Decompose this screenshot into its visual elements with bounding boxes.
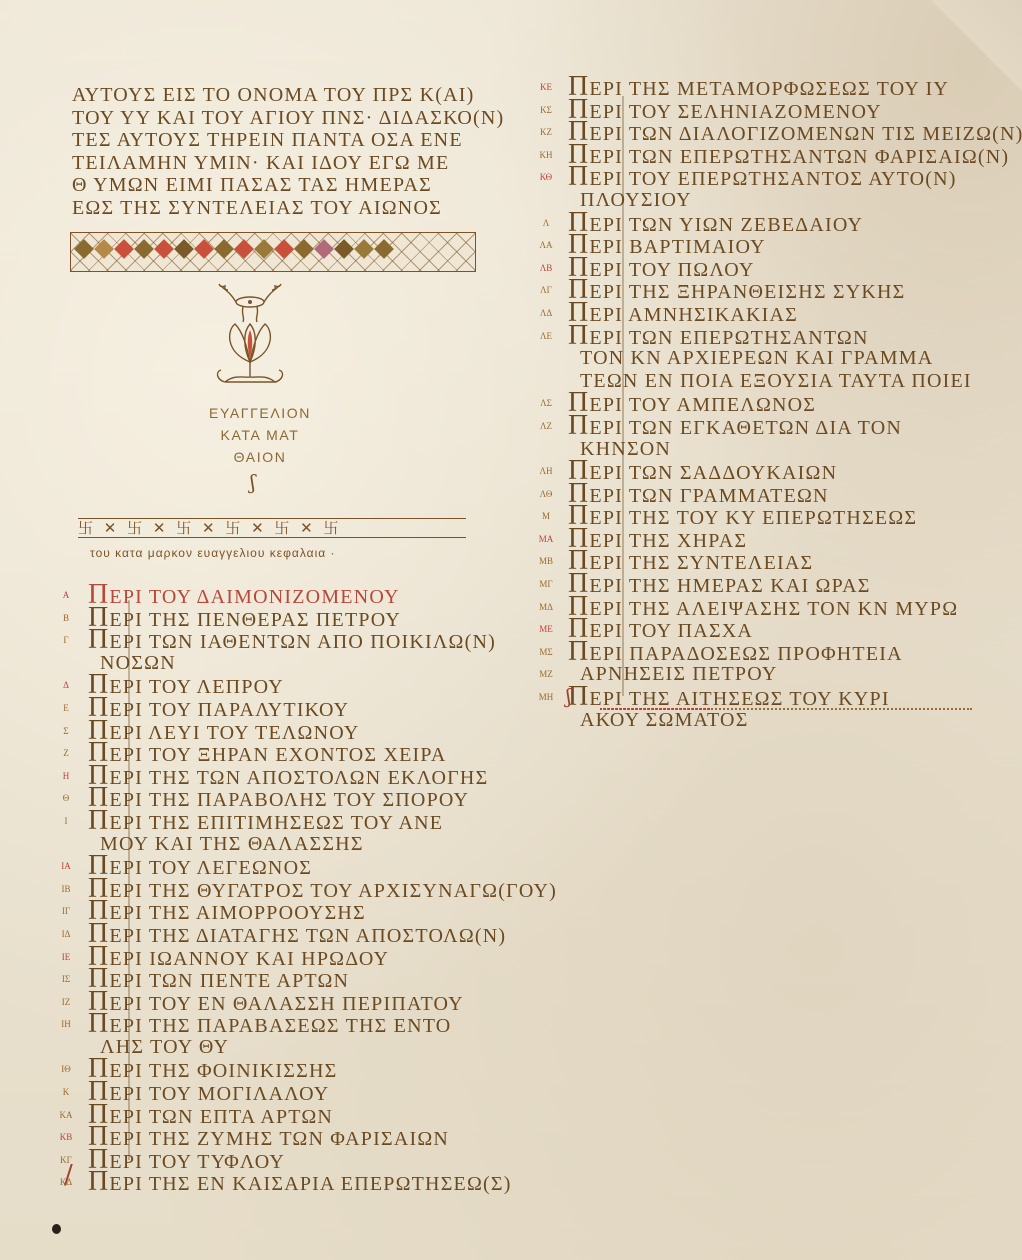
left-chapter-list: αΠερι του δαιμονιζομενουβΠερι τησ πενθερ… xyxy=(52,584,502,1194)
chapter-entry: ιαΠερι του λεγεωνοσ xyxy=(52,855,502,878)
chapter-number: ιθ xyxy=(52,1058,80,1081)
prelude-line-text: αυτουσ εισ το ονομα του πρσ κ(αι) xyxy=(72,84,474,107)
chapter-entry: ιβΠερι τησ θυγατροσ του αρχισυναγω(γου) xyxy=(52,878,502,901)
chapter-number: ζ xyxy=(52,742,80,765)
chapter-title: Περι των υιων ζεβεδαιου xyxy=(568,212,863,237)
ink-stain xyxy=(52,1224,61,1234)
chapter-entry: κγΠερι του τυφλου xyxy=(52,1149,502,1172)
chapter-title: Περι του σεληνιαζομενου xyxy=(568,99,882,124)
chapter-entry: λβΠερι του πωλου xyxy=(532,257,1002,280)
diamond-icon xyxy=(274,239,294,259)
chapter-title: Περι τησ συντελειασ xyxy=(568,550,813,575)
chapter-title: Περι του μογιλαλου xyxy=(88,1081,329,1106)
chapter-title: Περι τησ μεταμορφωσεωσ του ιυ xyxy=(568,76,949,101)
chapter-title: τον κν αρχιερεων και γραμμα xyxy=(580,347,933,370)
prelude-line-text: θ υμων ειμι πασασ τασ ημερασ xyxy=(72,174,432,197)
chapter-entry: λαΠερι βαρτιμαιου xyxy=(532,234,1002,257)
colophon-line-3: ΘΑΙΟΝ xyxy=(140,446,380,468)
chapter-title: πλουσιου xyxy=(580,189,692,212)
prelude-line: τεσ αυτουσ τηρειν παντα οσα ενε xyxy=(52,129,502,152)
chapter-entry: κηΠερι των επερωτησαντων φαρισαιω(ν) xyxy=(532,144,1002,167)
chapter-title: Περι τησ θυγατροσ του αρχισυναγω(γου) xyxy=(88,878,557,903)
colophon-line-1: ΕΥΑΓΓΕΛΙΟΝ xyxy=(140,402,380,424)
chapter-title: Περι τησ διαταγησ των αποστολω(ν) xyxy=(88,923,506,948)
chapter-entry: μαΠερι τησ χηρασ xyxy=(532,528,1002,551)
chapter-number: ε xyxy=(52,697,80,720)
chapter-number: κα xyxy=(52,1104,80,1127)
chapter-number: λδ xyxy=(532,302,560,325)
chapter-number: λη xyxy=(532,460,560,483)
chapter-number: λα xyxy=(532,234,560,257)
chapter-entry: κζΠερι των διαλογιζομενων τισ μειζω(ν) xyxy=(532,121,1002,144)
chapter-title: Περι τησ ημερασ και ωρασ xyxy=(568,573,871,598)
chapter-title: Περι τησ ζυμησ των φαρισαιων xyxy=(88,1126,449,1151)
chapter-number: δ xyxy=(52,674,80,697)
chapter-title: Περι του αμπελωνοσ xyxy=(568,392,816,417)
chapter-title: τεων εν ποια εξουσια ταυτα ποιει xyxy=(580,370,972,393)
chapter-entry: λΠερι των υιων ζεβεδαιου xyxy=(532,212,1002,235)
chapter-number: α xyxy=(52,584,80,607)
chapter-entry: μηΠερι τησ αιτησεωσ του κυρι xyxy=(532,686,1002,709)
chapter-title: Περι των διαλογιζομενων τισ μειζω(ν) xyxy=(568,121,1022,146)
chapter-entry: ιζΠερι του εν θαλασση περιπατου xyxy=(52,991,502,1014)
diamond-icon xyxy=(114,239,134,259)
chapter-title: νοσων xyxy=(100,652,176,675)
chapter-entry: κΠερι του μογιλαλου xyxy=(52,1081,502,1104)
chapter-entry: μβΠερι τησ συντελειασ xyxy=(532,550,1002,573)
chapter-number: κη xyxy=(532,144,560,167)
chapter-title: Περι τησ παραβασεωσ τησ εντο xyxy=(88,1013,451,1038)
chapter-title: Περι τησ αιτησεωσ του κυρι xyxy=(568,686,890,711)
diamond-icon xyxy=(234,239,254,259)
chapter-title: Περι των επτα αρτων xyxy=(88,1104,333,1129)
chapter-entry: κεΠερι τησ μεταμορφωσεωσ του ιυ xyxy=(532,76,1002,99)
chapter-title: Περι αμνησικακιασ xyxy=(568,302,798,327)
chapter-entry: ληΠερι των σαδδουκαιων xyxy=(532,460,1002,483)
chapter-title: Περι τησ πενθερασ πετρου xyxy=(88,607,401,632)
chapter-title: Περι του επερωτησαντοσ αυτο(ν) xyxy=(568,166,957,191)
chapter-title: Περι των επερωτησαντων φαρισαιω(ν) xyxy=(568,144,1009,169)
chapter-entry: λζΠερι των εγκαθετων δια τον xyxy=(532,415,1002,438)
chapter-number: μβ xyxy=(532,550,560,573)
chapter-entry: ιθΠερι τησ φοινικισσησ xyxy=(52,1058,502,1081)
chapter-title: Περι τησ φοινικισσησ xyxy=(88,1058,337,1083)
chapter-number: θ xyxy=(52,787,80,810)
chapter-continuation-line: νοσων xyxy=(52,652,502,675)
left-column-ruling xyxy=(128,600,130,1160)
chapter-continuation-line: κηνσον xyxy=(532,438,1002,461)
chapter-entry: δΠερι του λεπρου xyxy=(52,674,502,697)
chapter-number: κε xyxy=(532,76,560,99)
chapter-entry: λθΠερι των γραμματεων xyxy=(532,483,1002,506)
chapter-title: Περι βαρτιμαιου xyxy=(568,234,766,259)
prelude-line: του υυ και του αγιου πνσ· διδασκο(ν) xyxy=(52,107,502,130)
chapter-title: Περι των γραμματεων xyxy=(568,483,829,508)
chapter-entry: μδΠερι τησ αλειψασησ τον κν μυρω xyxy=(532,596,1002,619)
chapter-entry: αΠερι του δαιμονιζομενου xyxy=(52,584,502,607)
chapter-entry: καΠερι των επτα αρτων xyxy=(52,1104,502,1127)
diamond-icon xyxy=(214,239,234,259)
chapter-entry: λςΠερι του αμπελωνοσ xyxy=(532,392,1002,415)
chapter-title: Περι τησ παραβολησ του σπορου xyxy=(88,787,469,812)
chapter-number: κβ xyxy=(52,1126,80,1149)
chapter-number: μ xyxy=(532,505,560,528)
chapter-number: μη xyxy=(532,686,560,709)
chapter-entry: ιγΠερι τησ αιμορροουσησ xyxy=(52,900,502,923)
chapter-title: Περι τησ αλειψασησ τον κν μυρω xyxy=(568,596,958,621)
prelude-line-text: τεσ αυτουσ τηρειν παντα οσα ενε xyxy=(72,129,463,152)
chapter-entry: ιηΠερι τησ παραβασεωσ τησ εντο xyxy=(52,1013,502,1036)
chapter-title: Περι τησ χηρασ xyxy=(568,528,747,553)
diamond-icon xyxy=(154,239,174,259)
chapter-number: με xyxy=(532,618,560,641)
chapter-number: κ xyxy=(52,1081,80,1104)
chapter-title: Περι του λεγεωνοσ xyxy=(88,855,312,880)
chapter-entry: μγΠερι τησ ημερασ και ωρασ xyxy=(532,573,1002,596)
diamond-icon xyxy=(94,239,114,259)
chapter-number: ι xyxy=(52,810,80,833)
chapter-continuation-line: τον κν αρχιερεων και γραμμα xyxy=(532,347,1002,370)
chapter-title: Περι του πασχα xyxy=(568,618,753,643)
chapter-entry: λγΠερι τησ ξηρανθεισησ συκησ xyxy=(532,279,1002,302)
chapter-continuation-line: λησ του θυ xyxy=(52,1036,502,1059)
chapter-entry: ιεΠερι ιωαννου και ηρωδου xyxy=(52,946,502,969)
chapter-number: λβ xyxy=(532,257,560,280)
prelude-line-text: εωσ τησ συντελειασ του αιωνοσ xyxy=(72,197,442,220)
closing-dotted-rule xyxy=(600,708,972,714)
chapter-number: ιβ xyxy=(52,878,80,901)
chapter-title: λησ του θυ xyxy=(100,1036,229,1059)
diamond-icon xyxy=(74,239,94,259)
chapter-number: η xyxy=(52,765,80,788)
chapter-entry: γΠερι των ιαθεντων απο ποικιλω(ν) xyxy=(52,629,502,652)
chapter-continuation-line: μζαρνησεισ πετρου xyxy=(532,663,1002,686)
chapter-title: Περι ιωαννου και ηρωδου xyxy=(88,946,389,971)
diamond-icon xyxy=(374,239,394,259)
chapter-entry: κθΠερι του επερωτησαντοσ αυτο(ν) xyxy=(532,166,1002,189)
chapter-title: αρνησεισ πετρου xyxy=(580,663,778,686)
vase-ornament-icon xyxy=(205,282,295,392)
chapter-entry: μςΠερι παραδοσεωσ προφητεια xyxy=(532,641,1002,664)
chapter-number: ιη xyxy=(52,1013,80,1036)
diamond-pattern xyxy=(77,242,391,256)
chapter-number: β xyxy=(52,607,80,630)
chapter-title: Περι του πωλου xyxy=(568,257,755,282)
chapter-entry: ηΠερι τησ των αποστολων εκλογησ xyxy=(52,765,502,788)
chapter-title: Περι του τυφλου xyxy=(88,1149,285,1174)
chapter-entry: ζΠερι του ξηραν εχοντοσ χειρα xyxy=(52,742,502,765)
mark-chapter-list-title: του κατα μαρκον ευαγγελιου κεφαλαια · xyxy=(90,546,336,560)
chapter-title: Περι τησ του κυ επερωτησεωσ xyxy=(568,505,917,530)
chapter-number: μς xyxy=(532,641,560,664)
chapter-title: μου και τησ θαλασσησ xyxy=(100,833,364,856)
chapter-entry: βΠερι τησ πενθερασ πετρου xyxy=(52,607,502,630)
diamond-icon xyxy=(294,239,314,259)
headpiece-band xyxy=(70,232,476,272)
chapter-number: ιζ xyxy=(52,991,80,1014)
chapter-entry: μΠερι τησ του κυ επερωτησεωσ xyxy=(532,505,1002,528)
prelude-line-text: του υυ και του αγιου πνσ· διδασκο(ν) xyxy=(72,107,504,130)
diamond-icon xyxy=(174,239,194,259)
colophon-mark: ʃ xyxy=(250,470,255,494)
chapter-title: Περι των επερωτησαντων xyxy=(568,325,869,350)
chapter-entry: ιδΠερι τησ διαταγησ των αποστολω(ν) xyxy=(52,923,502,946)
chapter-number: ς xyxy=(52,720,80,743)
chapter-number: ιδ xyxy=(52,923,80,946)
chapter-title: Περι των σαδδουκαιων xyxy=(568,460,837,485)
chapter-title: κηνσον xyxy=(580,438,671,461)
chapter-title: Περι των ιαθεντων απο ποικιλω(ν) xyxy=(88,629,496,654)
chapter-entry: ιΠερι τησ επιτιμησεωσ του ανε xyxy=(52,810,502,833)
colophon-line-2: ΚΑΤΑ ΜΑΤ xyxy=(140,424,380,446)
right-column-ruling xyxy=(622,96,624,696)
chapter-entry: θΠερι τησ παραβολησ του σπορου xyxy=(52,787,502,810)
chapter-entry: λεΠερι των επερωτησαντων xyxy=(532,325,1002,348)
chapter-entry: ςΠερι λευι του τελωνου xyxy=(52,720,502,743)
prelude-line-text: τειλαμην υμιν· και ιδου εγω με xyxy=(72,152,449,175)
chapter-entry: λδΠερι αμνησικακιασ xyxy=(532,302,1002,325)
chapter-title: Περι τησ ξηρανθεισησ συκησ xyxy=(568,279,906,304)
chapter-entry: μεΠερι του πασχα xyxy=(532,618,1002,641)
gospel-colophon: ΕΥΑΓΓΕΛΙΟΝ ΚΑΤΑ ΜΑΤ ΘΑΙΟΝ xyxy=(140,402,380,468)
chapter-entry: εΠερι του παραλυτικου xyxy=(52,697,502,720)
chapter-entry: κδΠερι τησ εν καισαρια επερωτησεω(σ) xyxy=(52,1171,502,1194)
left-end-mark: / xyxy=(64,1160,73,1190)
chapter-number: λγ xyxy=(532,279,560,302)
chapter-number: λς xyxy=(532,392,560,415)
diamond-icon xyxy=(334,239,354,259)
chapter-title: Περι του εν θαλασση περιπατου xyxy=(88,991,464,1016)
chapter-continuation-line: πλουσιου xyxy=(532,189,1002,212)
chapter-continuation-line: μου και τησ θαλασσησ xyxy=(52,833,502,856)
prelude-text: αυτουσ εισ το ονομα του πρσ κ(αι)του υυ … xyxy=(52,84,502,220)
chapter-title: Περι των εγκαθετων δια τον xyxy=(568,415,902,440)
right-chapter-list: κεΠερι τησ μεταμορφωσεωσ του ιυκςΠερι το… xyxy=(532,76,1002,731)
diamond-icon xyxy=(314,239,334,259)
chapter-number: ιε xyxy=(52,946,80,969)
chapter-number: γ xyxy=(52,629,80,652)
diamond-icon xyxy=(354,239,374,259)
chapter-number: κζ xyxy=(532,121,560,144)
prelude-line: τειλαμην υμιν· και ιδου εγω με xyxy=(52,152,502,175)
chapter-continuation-line: τεων εν ποια εξουσια ταυτα ποιει xyxy=(532,370,1002,393)
chapter-title: Περι του δαιμονιζομενου xyxy=(88,584,400,609)
chapter-number: ια xyxy=(52,855,80,878)
diamond-icon xyxy=(134,239,154,259)
chapter-title: Περι τησ εν καισαρια επερωτησεω(σ) xyxy=(88,1171,512,1196)
chapter-number: λ xyxy=(532,212,560,235)
chapter-number: μγ xyxy=(532,573,560,596)
chapter-number: ιγ xyxy=(52,900,80,923)
chapter-number: κθ xyxy=(532,166,560,189)
chapter-title: Περι τησ επιτιμησεωσ του ανε xyxy=(88,810,443,835)
chapter-number: ις xyxy=(52,968,80,991)
chapter-entry: κςΠερι του σεληνιαζομενου xyxy=(532,99,1002,122)
prelude-line: εωσ τησ συντελειασ του αιωνοσ xyxy=(52,197,502,220)
chapter-number: μδ xyxy=(532,596,560,619)
chapter-number: λζ xyxy=(532,415,560,438)
chapter-number: μζ xyxy=(532,663,560,686)
prelude-line: θ υμων ειμι πασασ τασ ημερασ xyxy=(52,174,502,197)
chapter-title: Περι του λεπρου xyxy=(88,674,284,699)
chapter-entry: κβΠερι τησ ζυμησ των φαρισαιων xyxy=(52,1126,502,1149)
right-end-mark: ʃ xyxy=(566,684,571,708)
chapter-title: Περι τησ των αποστολων εκλογησ xyxy=(88,765,488,790)
chapter-entry: ιςΠερι των πεντε αρτων xyxy=(52,968,502,991)
prelude-line: αυτουσ εισ το ονομα του πρσ κ(αι) xyxy=(52,84,502,107)
chapter-title: Περι παραδοσεωσ προφητεια xyxy=(568,641,903,666)
chapter-number: μα xyxy=(532,528,560,551)
chapter-number: λθ xyxy=(532,483,560,506)
chapter-title: Περι του ξηραν εχοντοσ χειρα xyxy=(88,742,447,767)
chapter-number: λε xyxy=(532,325,560,348)
meander-band: 卐 ✕ 卐 ✕ 卐 ✕ 卐 ✕ 卐 ✕ 卐 xyxy=(78,518,466,538)
chapter-number: κς xyxy=(532,99,560,122)
diamond-icon xyxy=(254,239,274,259)
diamond-icon xyxy=(194,239,214,259)
